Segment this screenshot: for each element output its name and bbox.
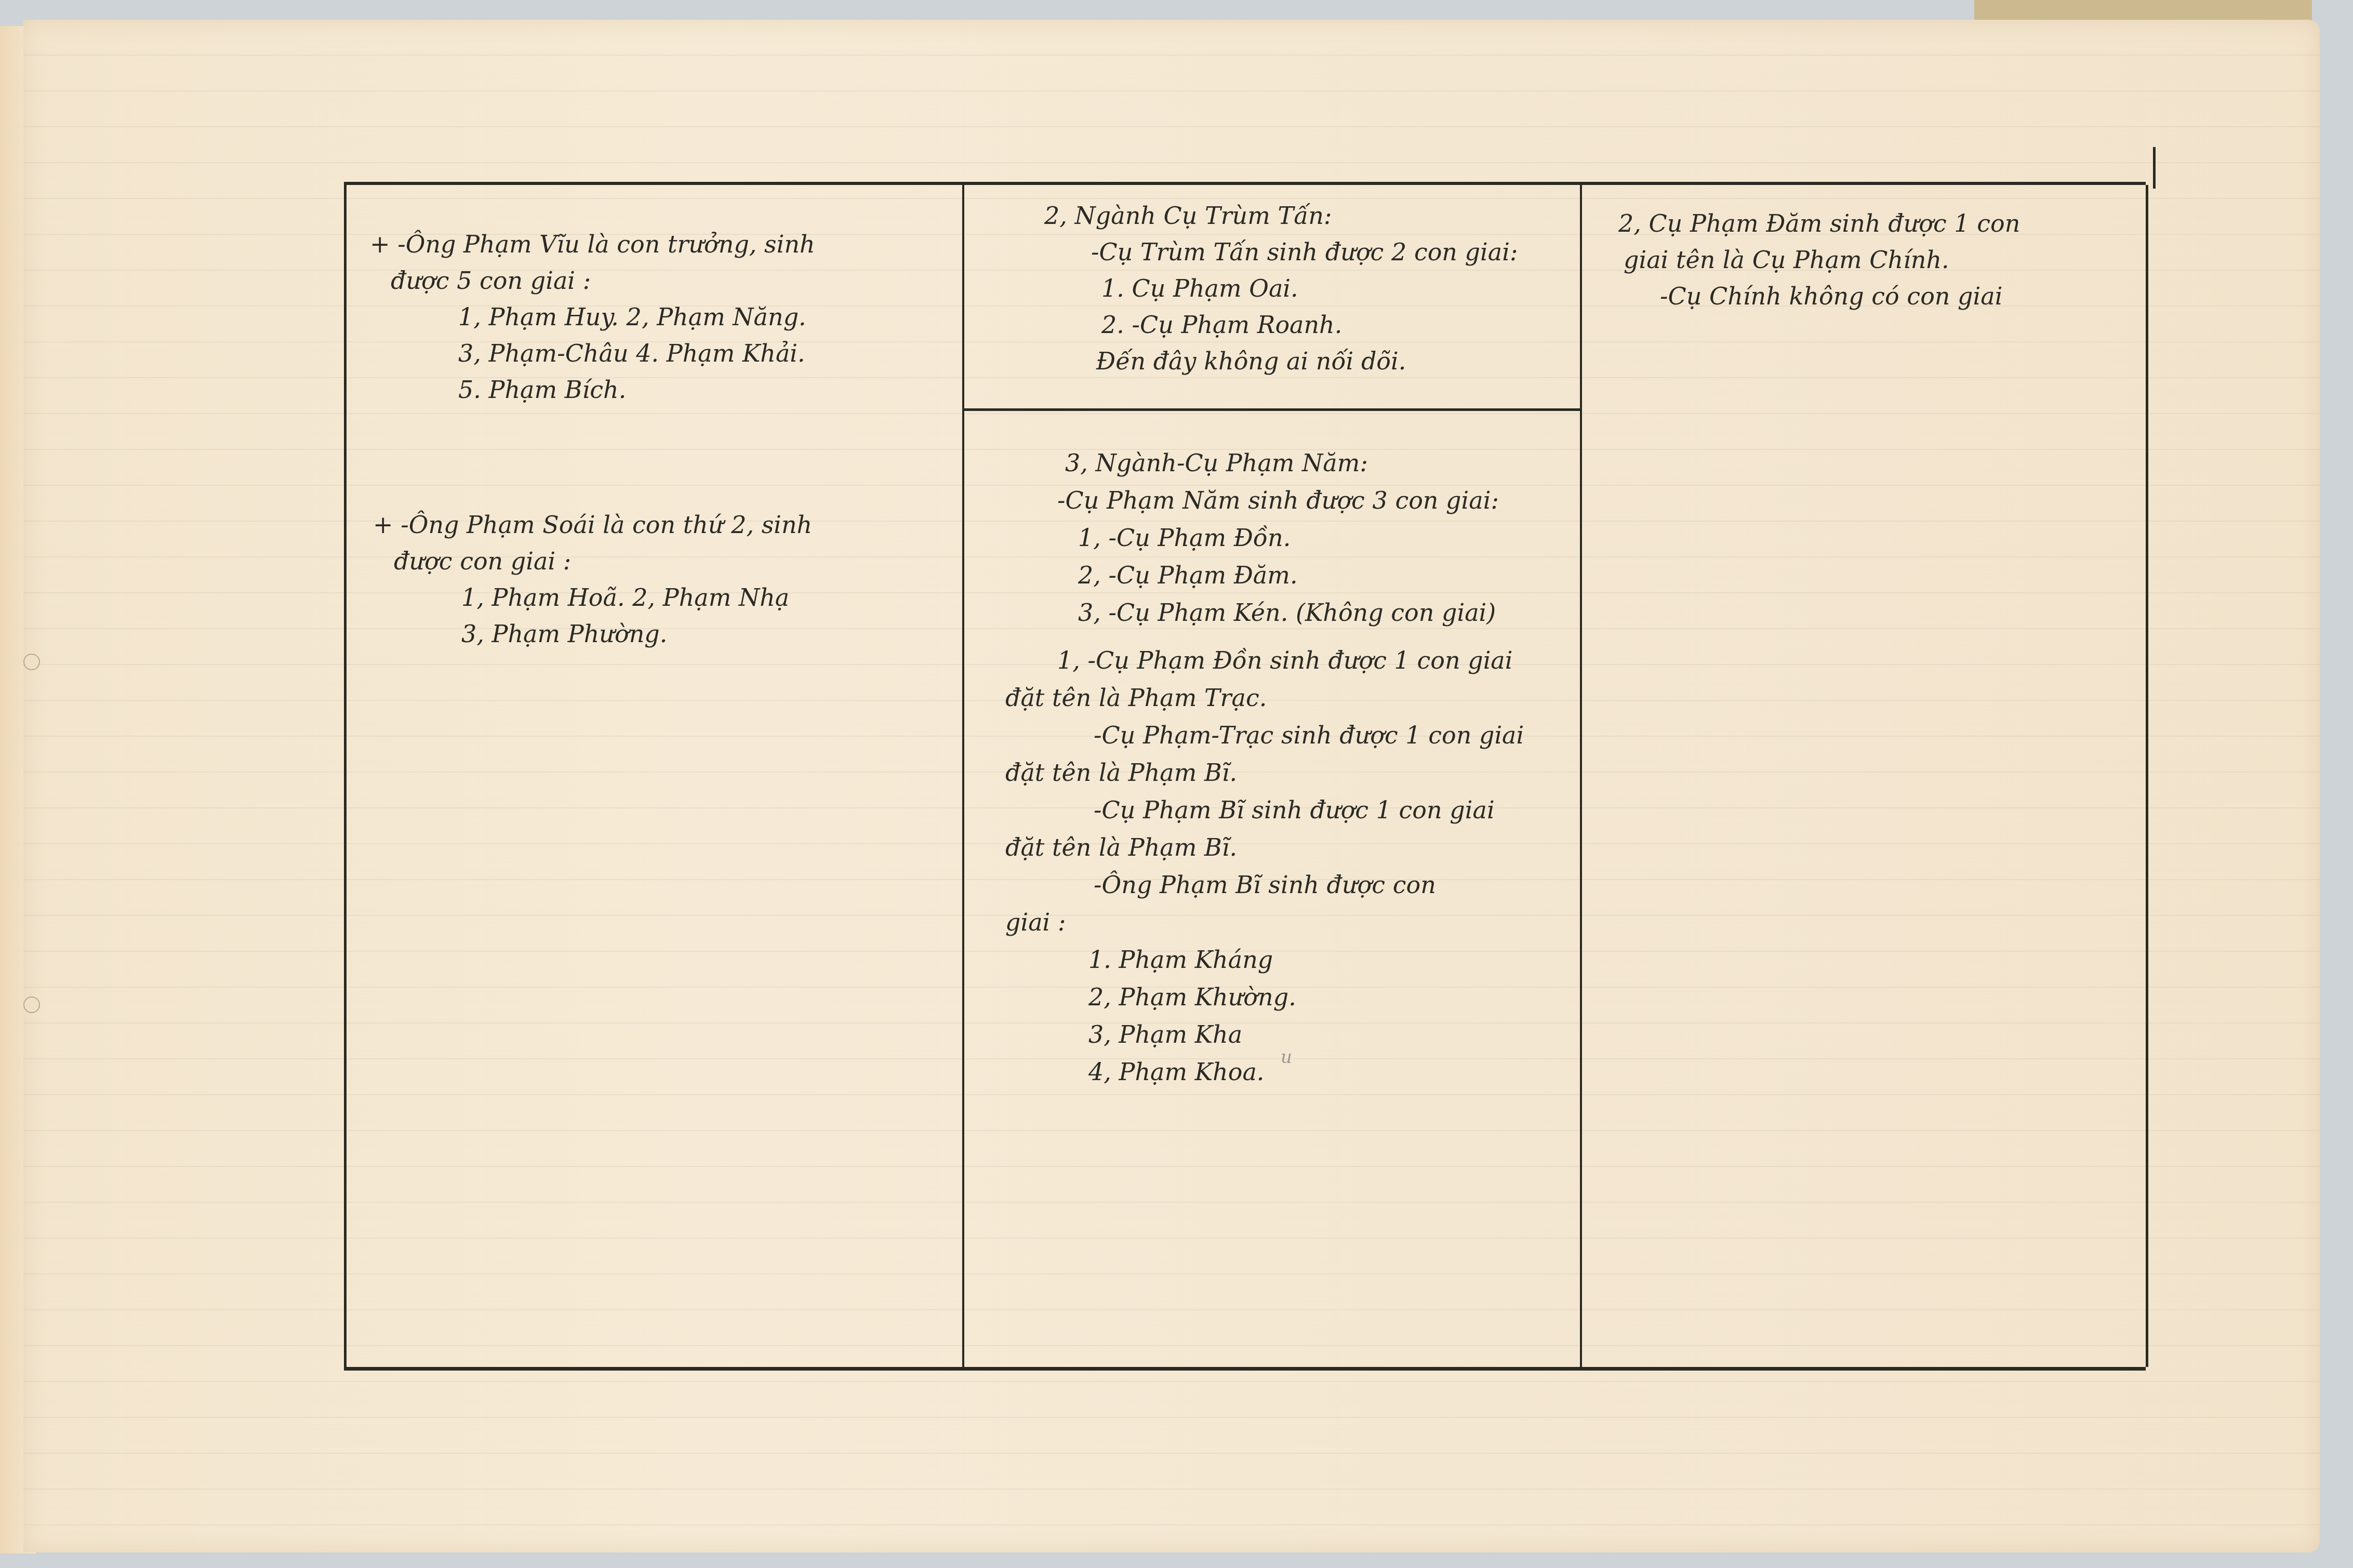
text-line: 4, Phạm Khoa. [1005,1053,1524,1091]
entry-pham-soai: + -Ông Phạm Soái là con thứ 2, sinh được… [373,507,812,652]
text-line: 5. Phạm Bích. [370,371,815,408]
entry-pham-viu: + -Ông Phạm Vĩu là con trưởng, sinh được… [370,226,815,408]
text-line: -Ông Phạm Bĩ sinh được con [1005,866,1524,903]
text-line: 1, -Cụ Phạm Đồn sinh được 1 con giai [1005,642,1524,679]
text-line: đặt tên là Phạm Trạc. [1005,679,1524,716]
text-line: 2, Ngành Cụ Trùm Tấn: [1044,197,1518,234]
text-line: -Cụ Chính không có con giai [1618,278,2020,314]
text-line: + -Ông Phạm Soái là con thứ 2, sinh [373,507,812,543]
text-line: 3, Phạm Kha [1005,1016,1524,1053]
text-line: giai tên là Cụ Phạm Chính. [1618,242,2020,278]
text-line: đặt tên là Phạm Bĩ. [1005,829,1524,866]
text-line: 3, Phạm-Châu 4. Phạm Khải. [370,335,815,371]
text-line: 2. -Cụ Phạm Roanh. [1044,307,1518,343]
text-line: -Cụ Phạm Bĩ sinh được 1 con giai [1005,791,1524,829]
text-line: được 5 con giai : [370,262,815,299]
table-column-3 [1582,185,2148,1367]
binding-hole [23,654,40,670]
text-line: 3, Phạm Phường. [373,616,812,652]
text-line: 1, Phạm Hoã. 2, Phạm Nhạ [373,579,812,616]
text-line: -Cụ Phạm Năm sinh được 3 con giai: [1005,482,1524,519]
column-2-cell-divider [964,408,1580,411]
text-line: 2, Phạm Khường. [1005,978,1524,1016]
text-line: được con giai : [373,543,812,579]
text-line: 3, -Cụ Phạm Kén. (Không con giai) [1005,594,1524,631]
entry-cu-pham-dam: 2, Cụ Phạm Đăm sinh được 1 con giai tên … [1618,205,2020,314]
entry-nganh-cu-trum-tan: 2, Ngành Cụ Trùm Tấn: -Cụ Trùm Tấn sinh … [1044,197,1518,379]
text-line: 3, Ngành-Cụ Phạm Năm: [1005,444,1524,482]
binding-hole [23,996,40,1013]
faint-pencil-mark: u [1281,1039,1292,1075]
text-line: -Cụ Phạm-Trạc sinh được 1 con giai [1005,716,1524,754]
text-line: đặt tên là Phạm Bĩ. [1005,754,1524,791]
text-line: Đến đây không ai nối dõi. [1044,343,1518,379]
text-line: + -Ông Phạm Vĩu là con trưởng, sinh [370,226,815,262]
table-right-border-extension [2153,147,2156,189]
text-line: 1. Phạm Kháng [1005,941,1524,978]
text-line: 2, -Cụ Phạm Đăm. [1005,556,1524,594]
text-line: 1, -Cụ Phạm Đồn. [1005,519,1524,556]
text-line: giai : [1005,903,1524,941]
text-line: -Cụ Trùm Tấn sinh được 2 con giai: [1044,234,1518,270]
entry-nganh-cu-pham-nam: 3, Ngành-Cụ Phạm Năm: -Cụ Phạm Năm sinh … [1005,444,1524,1091]
text-line: 1, Phạm Huy. 2, Phạm Năng. [370,299,815,335]
text-line: 1. Cụ Phạm Oai. [1044,270,1518,307]
text-line: 2, Cụ Phạm Đăm sinh được 1 con [1618,205,2020,242]
